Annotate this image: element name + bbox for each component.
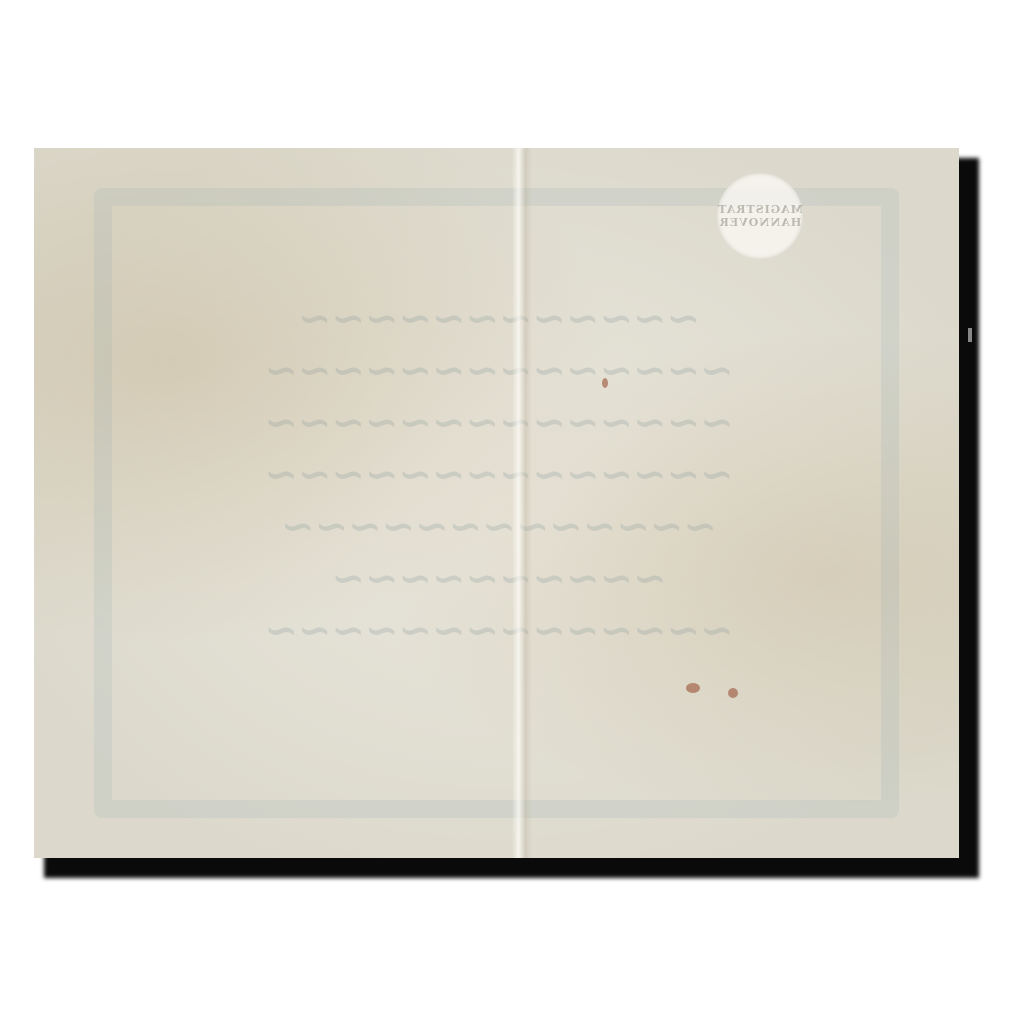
fold-crease — [512, 148, 532, 858]
embossed-seal: MAGISTRAT HANNOVER — [717, 173, 803, 259]
stain — [728, 688, 738, 698]
show-through-text: ~~~~~~~~~~~~~~~~~~~~~~~~~~~~~~~~~~~~~~~~… — [114, 293, 884, 657]
banknote: ~~~~~~~~~~~~~~~~~~~~~~~~~~~~~~~~~~~~~~~~… — [34, 148, 959, 858]
stain — [686, 683, 700, 693]
stain — [602, 378, 608, 388]
edge-mark — [968, 328, 972, 342]
